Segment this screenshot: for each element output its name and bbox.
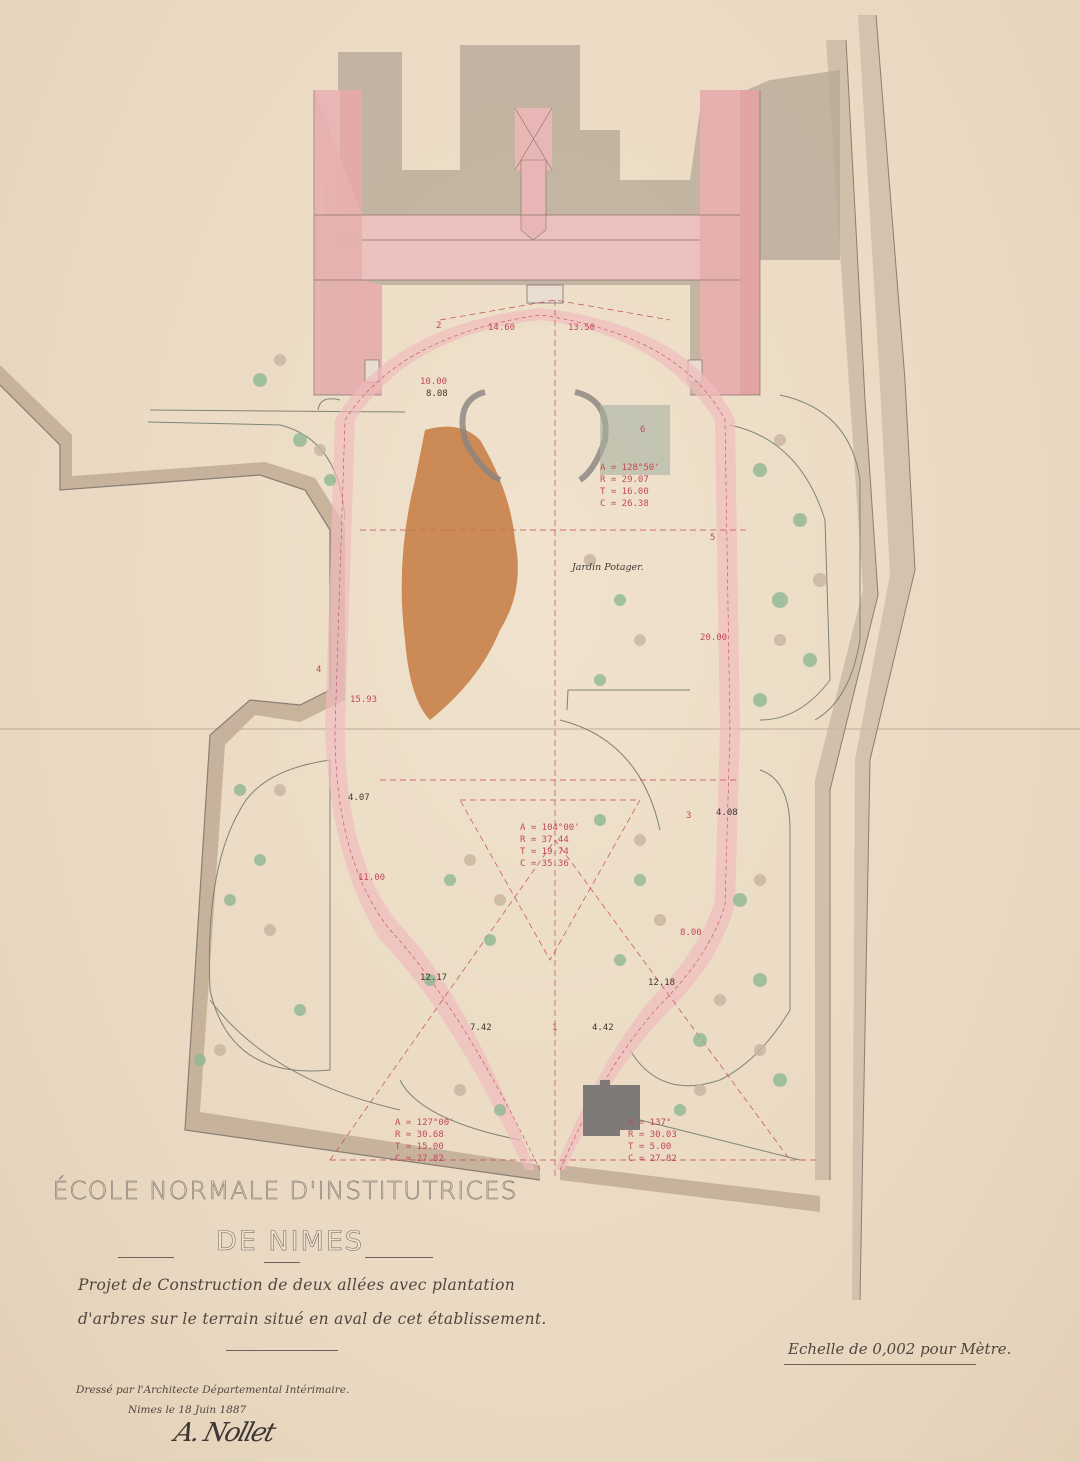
svg-text:R = 37.44: R = 37.44 (520, 835, 569, 845)
svg-text:4.42: 4.42 (592, 1023, 614, 1033)
svg-text:8.08: 8.08 (426, 389, 448, 399)
svg-text:20.00: 20.00 (700, 633, 727, 643)
svg-text:1: 1 (552, 1023, 557, 1033)
svg-text:R = 30.68: R = 30.68 (395, 1130, 444, 1140)
svg-text:A = 128°50': A = 128°50' (600, 463, 660, 473)
rock-outcrop (402, 427, 518, 720)
scale-underline (784, 1364, 976, 1365)
title-underline (264, 1262, 300, 1263)
scale-label: Echelle de 0,002 pour Mètre. (788, 1340, 1011, 1358)
svg-text:A = 104°00': A = 104°00' (520, 823, 580, 833)
svg-text:C = 27.82: C = 27.82 (395, 1154, 444, 1164)
svg-text:12.18: 12.18 (648, 978, 675, 988)
svg-text:3: 3 (686, 811, 691, 821)
svg-text:15.93: 15.93 (350, 695, 377, 705)
dimension-labels: 14.60 13.50 10.00 8.08 20.00 15.93 4.07 … (316, 321, 738, 1164)
place-date: Nimes le 18 Juin 1887 (128, 1404, 246, 1416)
svg-text:14.60: 14.60 (488, 323, 515, 333)
svg-text:13.50: 13.50 (568, 323, 595, 333)
ecole-building (314, 45, 840, 395)
description-divider (226, 1350, 338, 1351)
svg-text:C = 35.36: C = 35.36 (520, 859, 569, 869)
svg-text:T = 16.00: T = 16.00 (600, 487, 649, 497)
site-plan: 14.60 13.50 10.00 8.08 20.00 15.93 4.07 … (0, 0, 1080, 1462)
school-title: ÉCOLE NORMALE D'INSTITUTRICES (30, 1176, 540, 1205)
svg-text:4: 4 (316, 665, 321, 675)
allees (325, 308, 740, 1170)
construction-lines (330, 300, 820, 1180)
svg-text:C = 27.82: C = 27.82 (628, 1154, 677, 1164)
title-rule-right (365, 1257, 433, 1258)
project-description-1: Projet de Construction de deux allées av… (78, 1276, 515, 1294)
svg-text:A = 137°: A = 137° (628, 1118, 671, 1128)
svg-text:C = 26.38: C = 26.38 (600, 499, 649, 509)
svg-text:4.07: 4.07 (348, 793, 370, 803)
project-description-2: d'arbres sur le terrain situé en aval de… (78, 1310, 547, 1328)
author-credit: Dressé par l'Architecte Départemental In… (76, 1384, 349, 1396)
signature: A. Nollet (171, 1418, 277, 1448)
svg-text:5: 5 (710, 533, 715, 543)
svg-text:R = 30.03: R = 30.03 (628, 1130, 677, 1140)
horseshoe-steps (463, 392, 606, 480)
svg-text:8.00: 8.00 (680, 928, 702, 938)
city-title: DE NIMES (170, 1226, 410, 1257)
svg-text:2: 2 (436, 321, 441, 331)
svg-text:A = 127°00': A = 127°00' (395, 1118, 455, 1128)
svg-text:7.42: 7.42 (470, 1023, 492, 1033)
svg-text:T = 5.00: T = 5.00 (628, 1142, 671, 1152)
svg-text:10.00: 10.00 (420, 377, 447, 387)
svg-text:4.08: 4.08 (716, 808, 738, 818)
svg-text:6: 6 (640, 425, 645, 435)
svg-text:T = 15.00: T = 15.00 (395, 1142, 444, 1152)
jardin-potager-label: Jardin Potager. (572, 562, 644, 573)
title-rule-left (118, 1257, 174, 1258)
svg-text:T = 19.74: T = 19.74 (520, 847, 569, 857)
svg-text:12.17: 12.17 (420, 973, 447, 983)
svg-text:11.00: 11.00 (358, 873, 385, 883)
svg-text:R = 29.07: R = 29.07 (600, 475, 649, 485)
